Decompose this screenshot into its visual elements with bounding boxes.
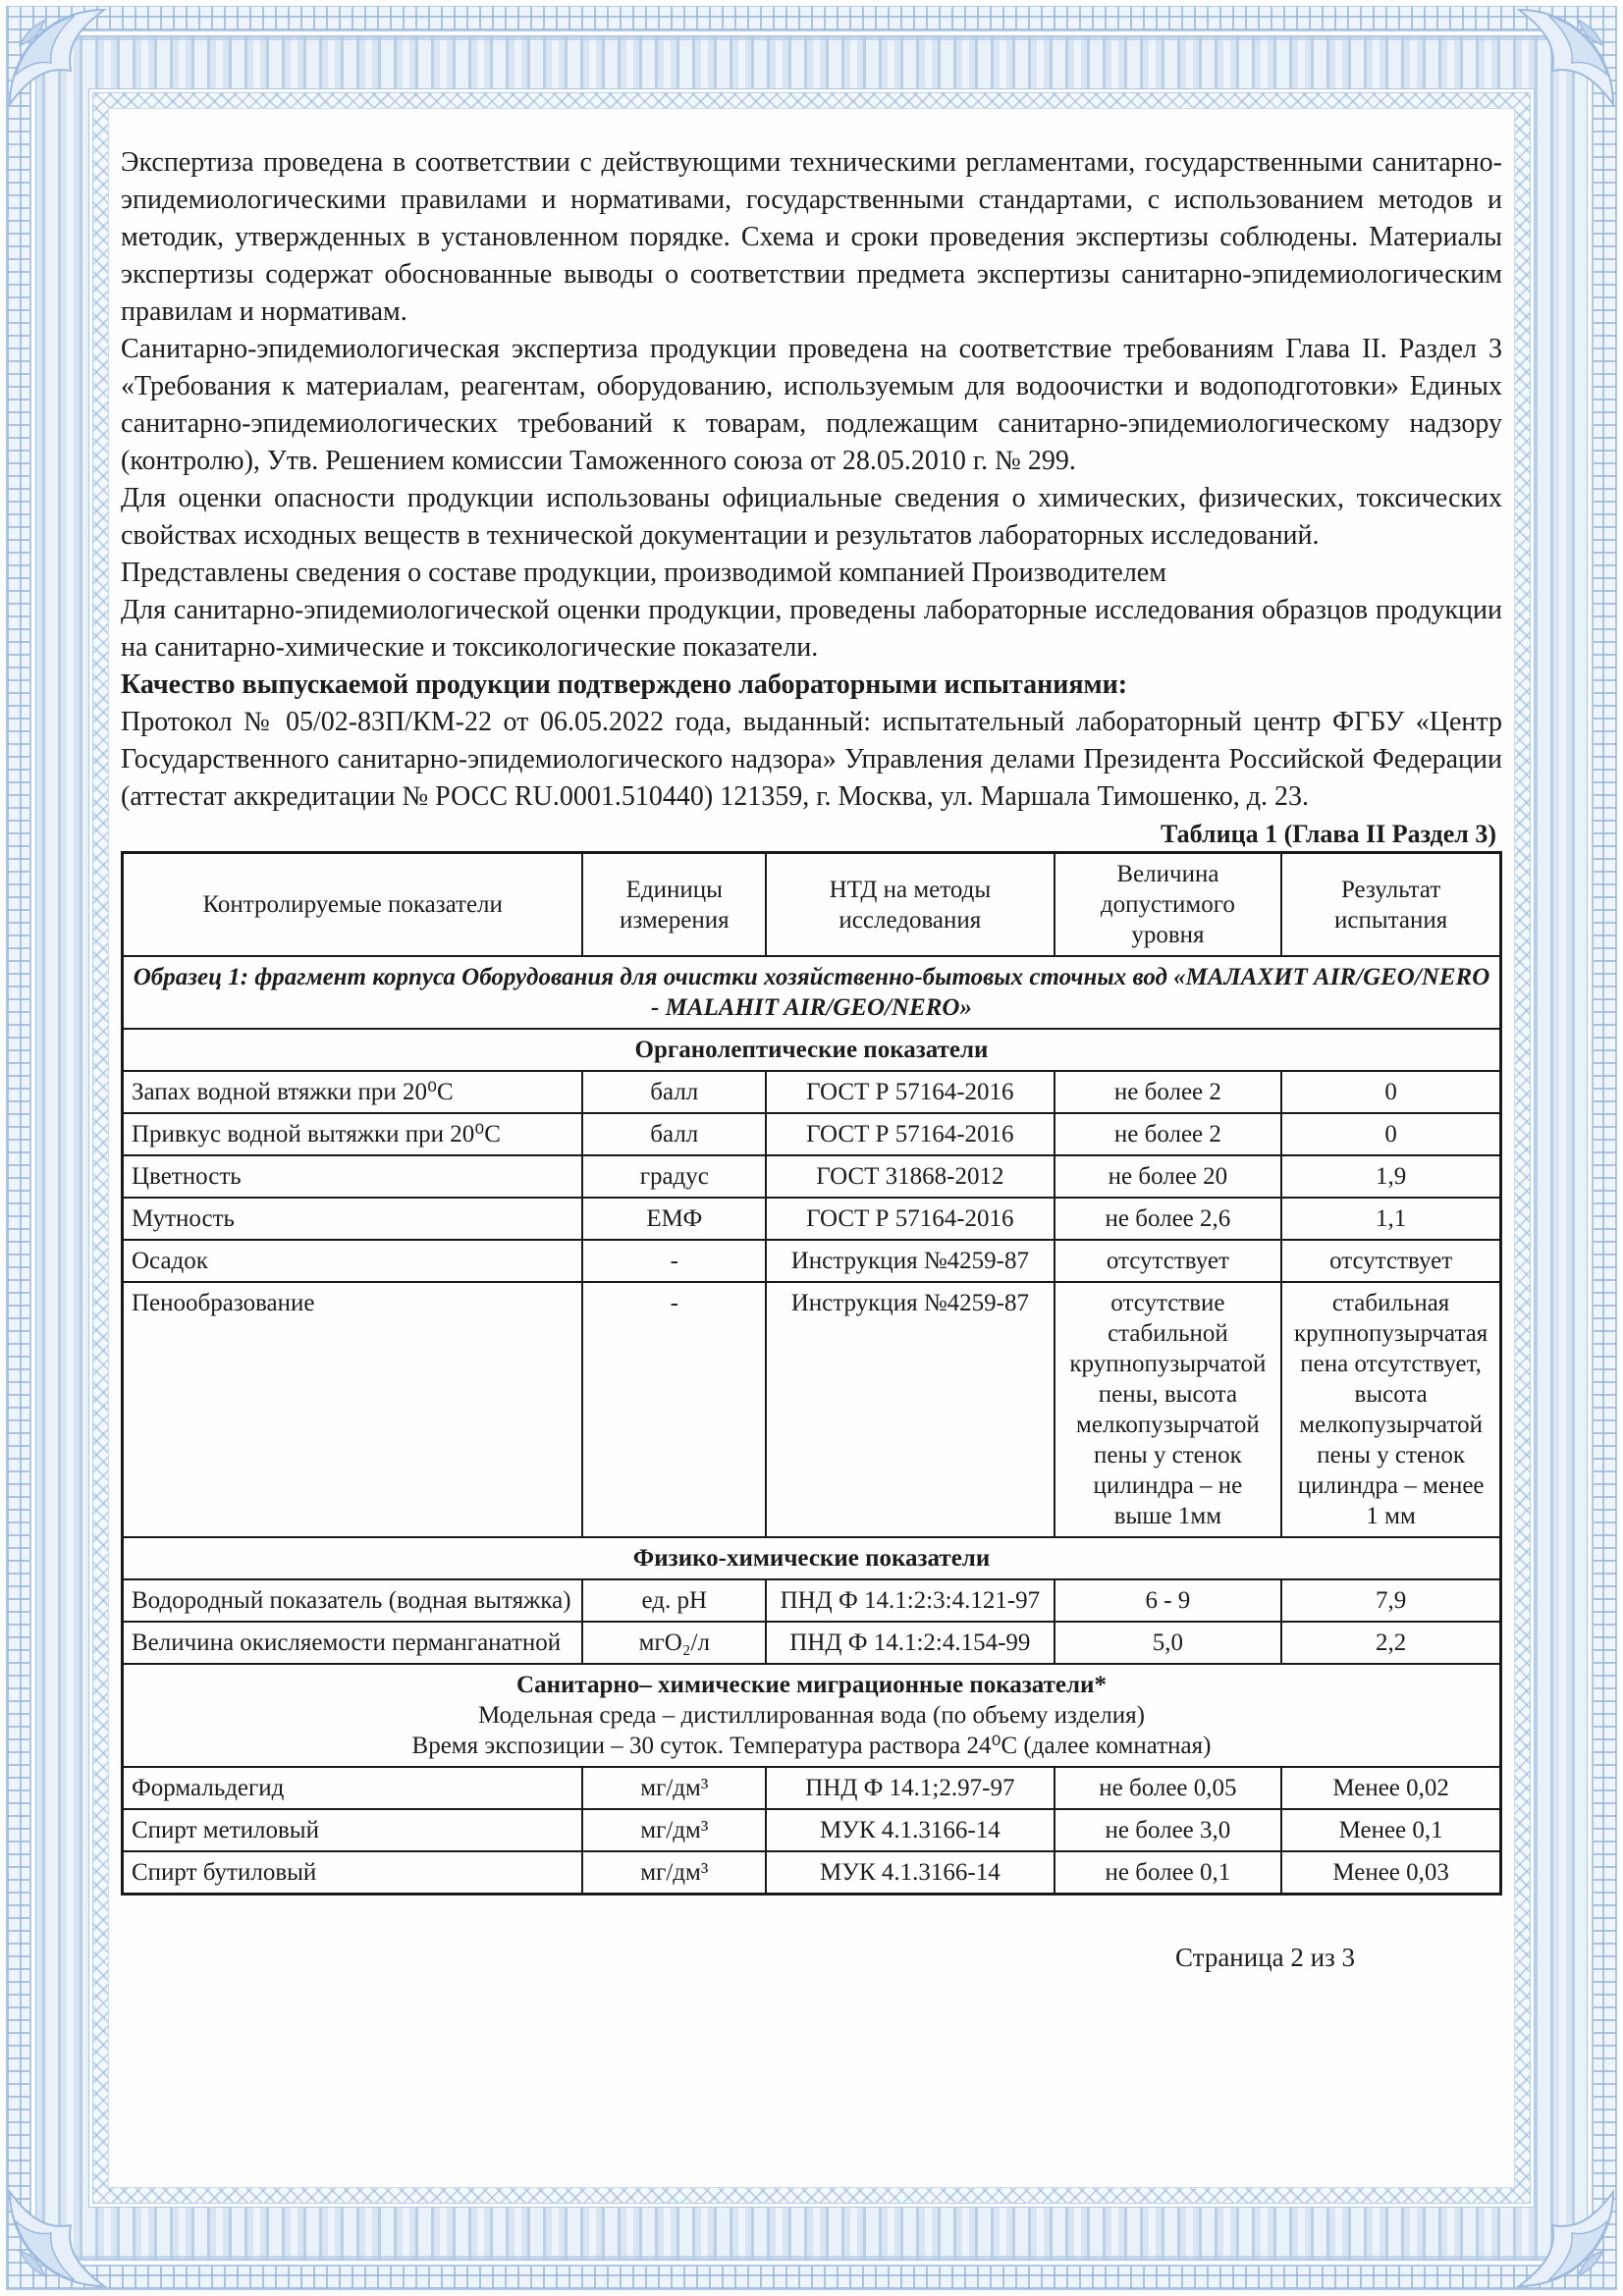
cell-parameter: Спирт бутиловый <box>123 1851 583 1895</box>
table-row: Величина окисляемости перманганатной мгО… <box>123 1622 1501 1664</box>
section-sanchem-exposure: Время экспозиции – 30 суток. Температура… <box>132 1731 1491 1761</box>
section-sanchem-title: Санитарно– химические миграционные показ… <box>132 1670 1491 1700</box>
section-row: Санитарно– химические миграционные показ… <box>123 1664 1501 1767</box>
col-header-methods: НТД на методы исследования <box>766 853 1054 957</box>
cell-method: ПНД Ф 14.1:2:4.154-99 <box>766 1622 1054 1664</box>
corner-ornament-icon <box>1515 6 1617 108</box>
cell-parameter: Пенообразование <box>123 1282 583 1537</box>
cell-method: ПНД Ф 14.1;2.97-97 <box>766 1767 1054 1809</box>
document-page: Экспертиза проведена в соответствии с де… <box>0 0 1623 2296</box>
paragraph-hazard-assessment: Для оценки опасности продукции использов… <box>121 480 1502 555</box>
cell-result: 0 <box>1281 1071 1500 1113</box>
table-row: Формальдегид мг/дм³ ПНД Ф 14.1;2.97-97 н… <box>123 1767 1501 1809</box>
cell-method: МУК 4.1.3166-14 <box>766 1809 1054 1851</box>
section-organoleptic: Органолептические показатели <box>123 1029 1501 1071</box>
cell-method: ГОСТ Р 57164-2016 <box>766 1071 1054 1113</box>
table-row: Запах водной втяжки при 20⁰С балл ГОСТ Р… <box>123 1071 1501 1113</box>
cell-result: 1,1 <box>1281 1198 1500 1240</box>
table-row: Пенообразование - Инструкция №4259-87 от… <box>123 1282 1501 1537</box>
cell-unit: мг/дм³ <box>582 1767 766 1809</box>
sample-title: Образец 1: фрагмент корпуса Оборудования… <box>123 956 1501 1029</box>
cell-result: Менее 0,02 <box>1281 1767 1500 1809</box>
section-sanchem: Санитарно– химические миграционные показ… <box>123 1664 1501 1767</box>
paragraph-lab-research: Для санитарно-эпидемиологической оценки … <box>121 592 1502 667</box>
cell-limit: не более 0,05 <box>1055 1767 1282 1809</box>
table-row: Спирт метиловый мг/дм³ МУК 4.1.3166-14 н… <box>123 1809 1501 1851</box>
cell-limit: не более 2 <box>1055 1113 1282 1155</box>
cell-method: ГОСТ 31868-2012 <box>766 1155 1054 1198</box>
cell-limit: 5,0 <box>1055 1622 1282 1664</box>
results-table: Контролируемые показатели Единицы измере… <box>121 851 1502 1896</box>
cell-limit: не более 0,1 <box>1055 1851 1282 1895</box>
cell-unit: - <box>582 1240 766 1282</box>
cell-unit: мг/дм³ <box>582 1851 766 1895</box>
cell-result: Менее 0,03 <box>1281 1851 1500 1895</box>
col-header-limit: Величина допустимого уровня <box>1055 853 1282 957</box>
cell-parameter: Водородный показатель (водная вытяжка) <box>123 1579 583 1622</box>
table-row: Цветность градус ГОСТ 31868-2012 не боле… <box>123 1155 1501 1198</box>
cell-unit: ЕМФ <box>582 1198 766 1240</box>
table-row: Привкус водной вытяжки при 20⁰С балл ГОС… <box>123 1113 1501 1155</box>
paragraph-composition-info: Представлены сведения о составе продукци… <box>121 555 1502 592</box>
corner-ornament-icon <box>1515 2188 1617 2290</box>
cell-unit: балл <box>582 1071 766 1113</box>
cell-method: ПНД Ф 14.1:2:3:4.121-97 <box>766 1579 1054 1622</box>
cell-result: 2,2 <box>1281 1622 1500 1664</box>
cell-limit: отсутствие стабильной крупнопузырчатой п… <box>1055 1282 1282 1537</box>
sample-title-row: Образец 1: фрагмент корпуса Оборудования… <box>123 956 1501 1029</box>
cell-limit: 6 - 9 <box>1055 1579 1282 1622</box>
cell-result: отсутствует <box>1281 1240 1500 1282</box>
cell-method: ГОСТ Р 57164-2016 <box>766 1113 1054 1155</box>
cell-unit: балл <box>582 1113 766 1155</box>
paragraph-quality-confirmed: Качество выпускаемой продукции подтвержд… <box>121 667 1502 704</box>
cell-unit: градус <box>582 1155 766 1198</box>
cell-result: 7,9 <box>1281 1579 1500 1622</box>
cell-method: Инструкция №4259-87 <box>766 1240 1054 1282</box>
cell-parameter: Цветность <box>123 1155 583 1198</box>
cell-result: Менее 0,1 <box>1281 1809 1500 1851</box>
table-row: Осадок - Инструкция №4259-87 отсутствует… <box>123 1240 1501 1282</box>
paragraph-sanitary-expertise: Санитарно-эпидемиологическая экспертиза … <box>121 331 1502 480</box>
cell-limit: не более 3,0 <box>1055 1809 1282 1851</box>
cell-parameter: Величина окисляемости перманганатной <box>123 1622 583 1664</box>
document-content: Экспертиза проведена в соответствии с де… <box>108 108 1515 2188</box>
cell-limit: отсутствует <box>1055 1240 1282 1282</box>
paragraph-expertise-conducted: Экспертиза проведена в соответствии с де… <box>121 144 1502 331</box>
col-header-result: Результат испытания <box>1281 853 1500 957</box>
table-row: Водородный показатель (водная вытяжка) е… <box>123 1579 1501 1622</box>
cell-method: МУК 4.1.3166-14 <box>766 1851 1054 1895</box>
body-text-block: Экспертиза проведена в соответствии с де… <box>121 144 1502 816</box>
cell-limit: не более 20 <box>1055 1155 1282 1198</box>
section-physchem: Физико-химические показатели <box>123 1537 1501 1579</box>
paragraph-protocol: Протокол № 05/02-83П/КМ-22 от 06.05.2022… <box>121 704 1502 816</box>
cell-unit: - <box>582 1282 766 1537</box>
table-row: Мутность ЕМФ ГОСТ Р 57164-2016 не более … <box>123 1198 1501 1240</box>
table-caption: Таблица 1 (Глава II Раздел 3) <box>121 820 1496 849</box>
cell-unit: мгО₂/л <box>582 1622 766 1664</box>
cell-limit: не более 2,6 <box>1055 1198 1282 1240</box>
cell-result: 0 <box>1281 1113 1500 1155</box>
cell-parameter: Формальдегид <box>123 1767 583 1809</box>
cell-parameter: Мутность <box>123 1198 583 1240</box>
section-row: Органолептические показатели <box>123 1029 1501 1071</box>
cell-method: Инструкция №4259-87 <box>766 1282 1054 1537</box>
table-row: Спирт бутиловый мг/дм³ МУК 4.1.3166-14 н… <box>123 1851 1501 1895</box>
corner-ornament-icon <box>6 2188 108 2290</box>
cell-unit: мг/дм³ <box>582 1809 766 1851</box>
section-row: Физико-химические показатели <box>123 1537 1501 1579</box>
cell-unit: ед. рН <box>582 1579 766 1622</box>
col-header-parameters: Контролируемые показатели <box>123 853 583 957</box>
cell-method: ГОСТ Р 57164-2016 <box>766 1198 1054 1240</box>
cell-parameter: Осадок <box>123 1240 583 1282</box>
cell-limit: не более 2 <box>1055 1071 1282 1113</box>
cell-parameter: Спирт метиловый <box>123 1809 583 1851</box>
table-header-row: Контролируемые показатели Единицы измере… <box>123 853 1501 957</box>
cell-result: стабильная крупнопузырчатая пена отсутст… <box>1281 1282 1500 1537</box>
page-number: Страница 2 из 3 <box>121 1943 1355 1973</box>
corner-ornament-icon <box>6 6 108 108</box>
col-header-units: Единицы измерения <box>582 853 766 957</box>
cell-parameter: Привкус водной вытяжки при 20⁰С <box>123 1113 583 1155</box>
section-sanchem-medium: Модельная среда – дистиллированная вода … <box>132 1700 1491 1731</box>
cell-parameter: Запах водной втяжки при 20⁰С <box>123 1071 583 1113</box>
cell-result: 1,9 <box>1281 1155 1500 1198</box>
